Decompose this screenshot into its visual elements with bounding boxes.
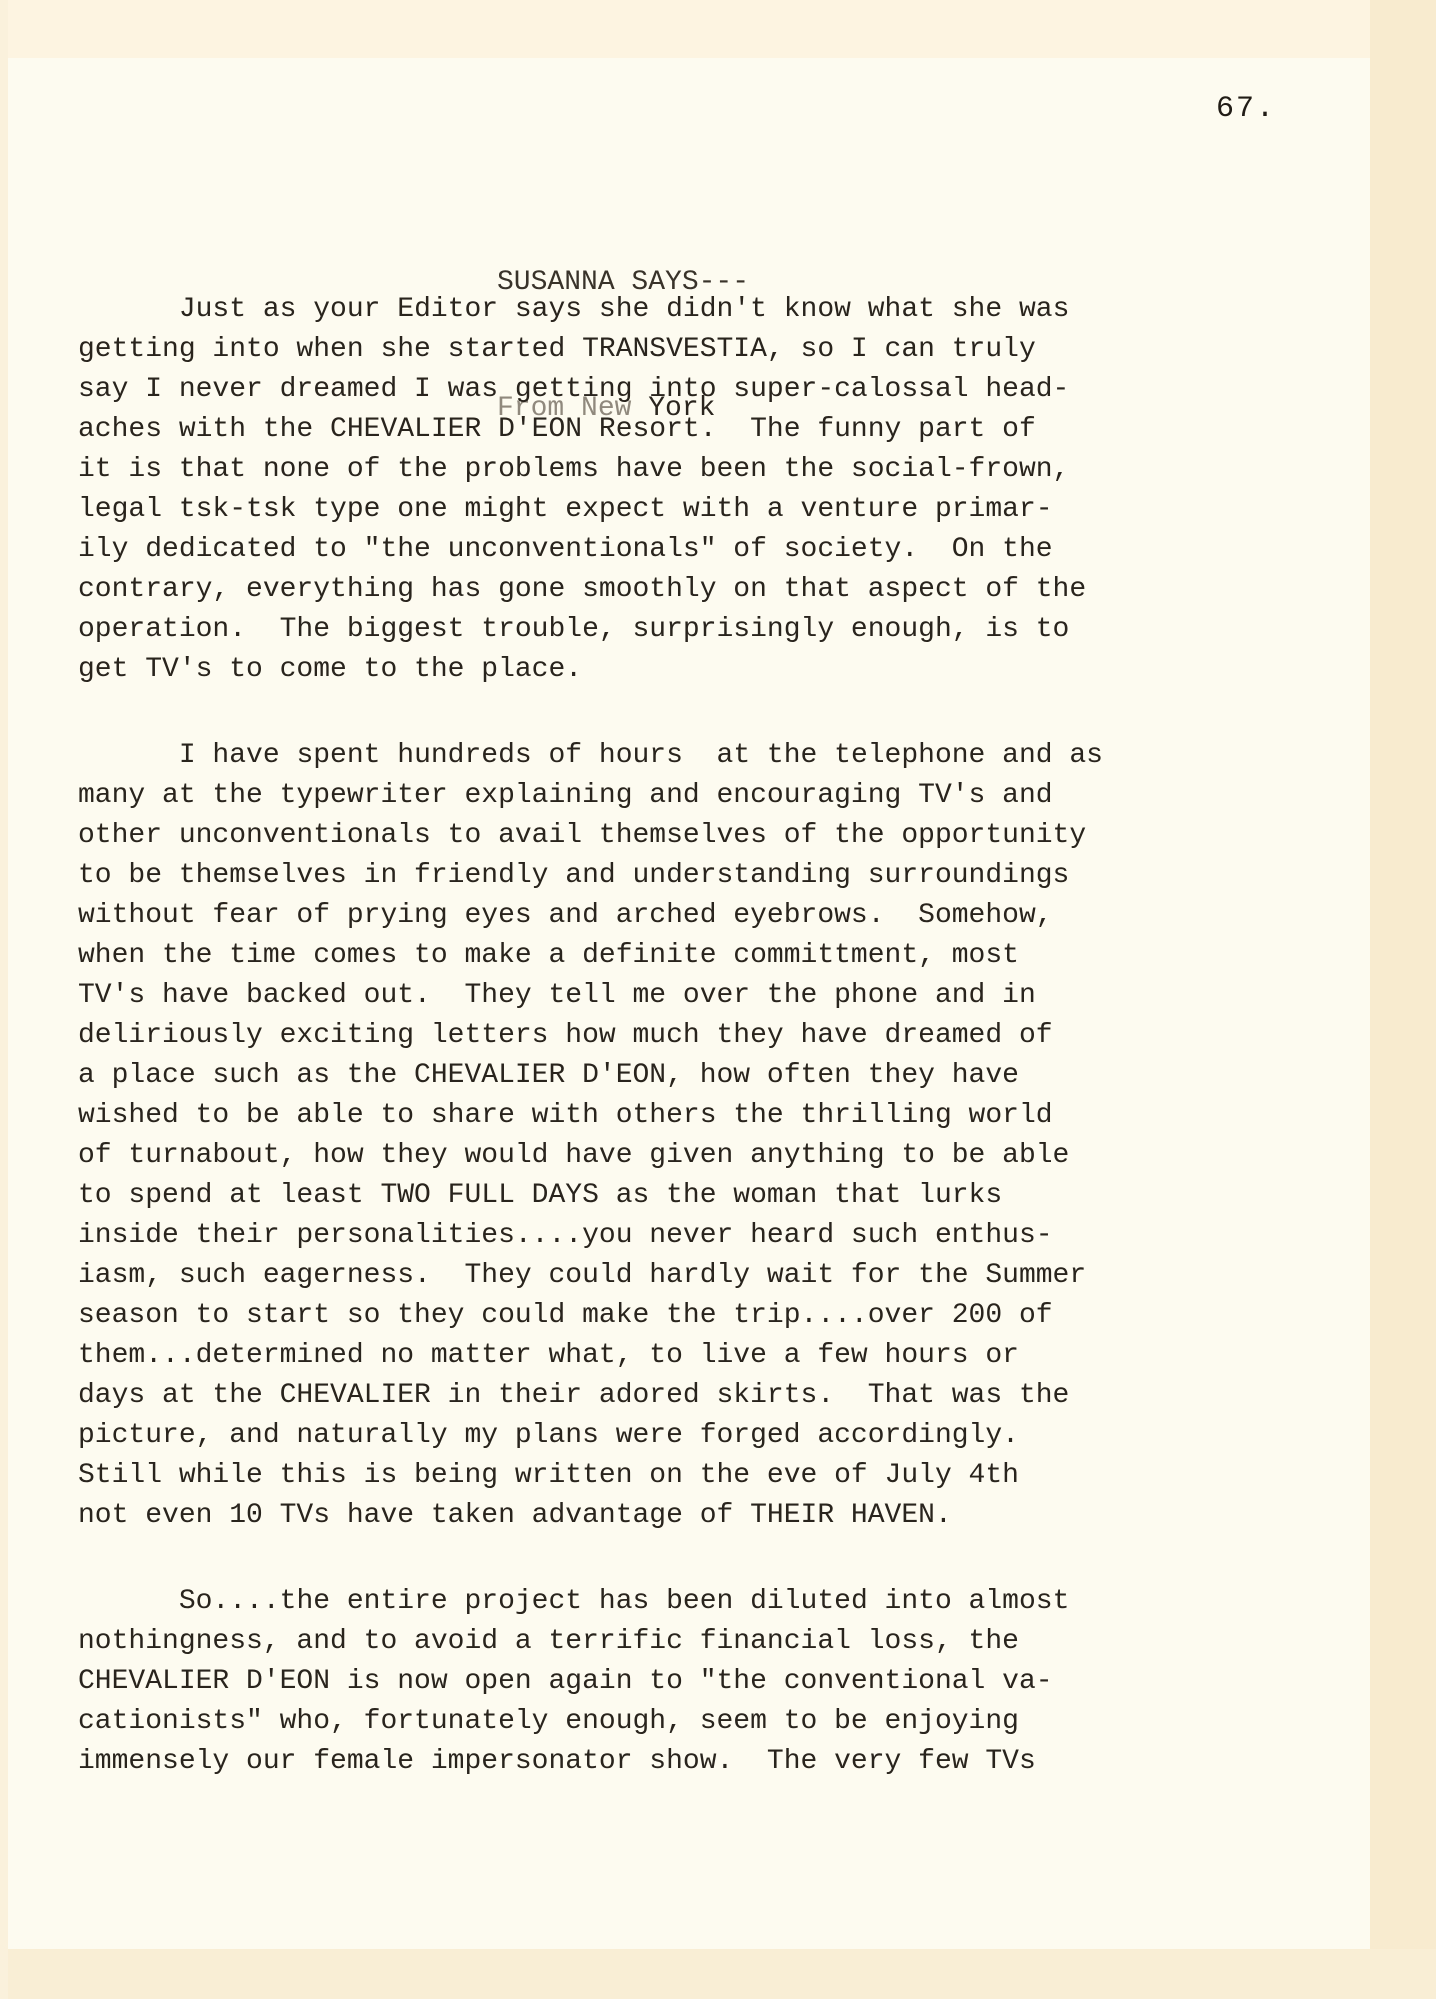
- article-body: Just as your Editor says she didn't know…: [78, 290, 1198, 1828]
- document-page: 67. SUSANNA SAYS--- From New York Just a…: [0, 0, 1436, 1999]
- body-paragraph-2: I have spent hundreds of hours at the te…: [78, 736, 1198, 1536]
- body-paragraph-1: Just as your Editor says she didn't know…: [78, 290, 1198, 690]
- page-number: 67.: [1216, 92, 1276, 126]
- body-paragraph-3: So....the entire project has been dilute…: [78, 1582, 1198, 1782]
